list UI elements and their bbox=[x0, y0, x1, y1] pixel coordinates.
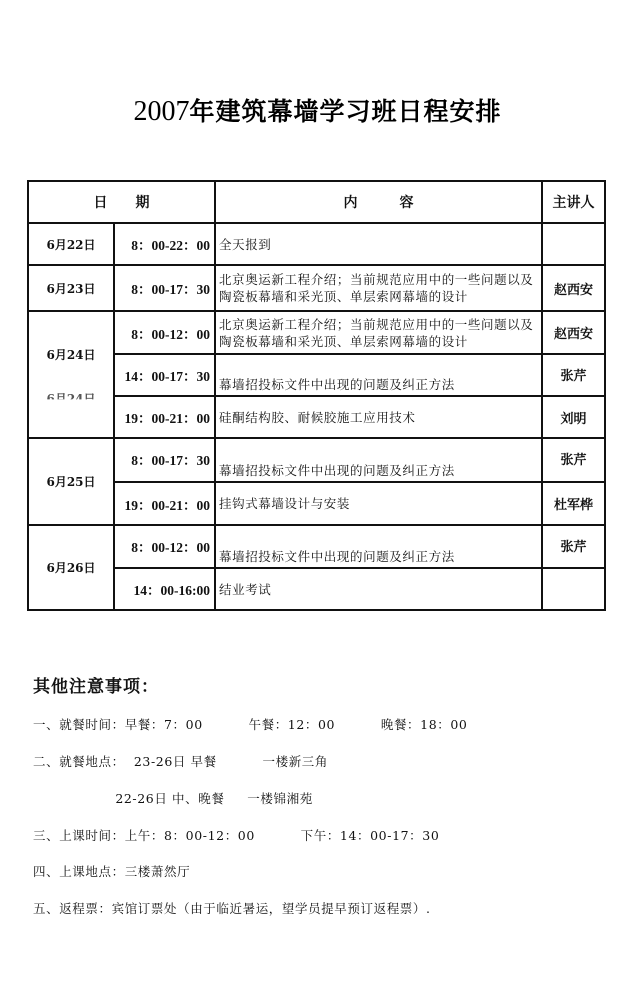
note-return-tickets: 五、返程票：宾馆订票处（由于临近暑运，望学员提早预订返程票）. bbox=[33, 899, 431, 917]
content-cell: 全天报到 bbox=[215, 223, 542, 265]
content-cell: 结业考试 bbox=[215, 568, 542, 610]
date-cell: 6月23日 bbox=[28, 265, 114, 311]
date-ghost-text: 6月24日 bbox=[29, 390, 113, 407]
time-cell: 8：00-17：30 bbox=[114, 438, 215, 482]
title-year: 2007 bbox=[133, 96, 189, 127]
date-cell: 6月25日 bbox=[28, 438, 114, 525]
speaker-cell: 赵西安 bbox=[542, 265, 605, 311]
speaker-cell bbox=[542, 568, 605, 610]
time-cell: 8：00-22：00 bbox=[114, 223, 215, 265]
table-header-row: 日 期 内 容 主讲人 bbox=[28, 181, 605, 223]
note-class-location: 四、上课地点：三楼萧然厅 bbox=[33, 862, 190, 880]
note-meal-times: 一、就餐时间：早餐：7：00 午餐：12：00 晚餐：18：00 bbox=[33, 715, 467, 733]
time-cell: 8：00-12：00 bbox=[114, 311, 215, 354]
speaker-cell: 赵西安 bbox=[542, 311, 605, 354]
table-row: 14：00-17：30 幕墙招投标文件中出现的问题及纠正方法 张芹 bbox=[28, 354, 605, 396]
content-cell: 北京奥运新工程介绍；当前规范应用中的一些问题以及陶瓷板幕墙和采光顶、单层索网幕墙… bbox=[215, 265, 542, 311]
page-title: 2007年建筑幕墙学习班日程安排 bbox=[0, 92, 635, 128]
schedule-table: 日 期 内 容 主讲人 6月22日 8：00-22：00 全天报到 6月23日 … bbox=[27, 180, 606, 611]
table-row: 6月23日 8：00-17：30 北京奥运新工程介绍；当前规范应用中的一些问题以… bbox=[28, 265, 605, 311]
time-cell: 19：00-21：00 bbox=[114, 482, 215, 525]
speaker-cell bbox=[542, 223, 605, 265]
time-cell: 19：00-21：00 bbox=[114, 396, 215, 438]
note-meal-location-breakfast: 二、就餐地点： 23-26日 早餐 一楼新三角 bbox=[33, 752, 328, 770]
time-cell: 8：00-12：00 bbox=[114, 525, 215, 568]
content-cell: 幕墙招投标文件中出现的问题及纠正方法 bbox=[215, 354, 542, 396]
table-row: 14：00-16:00 结业考试 bbox=[28, 568, 605, 610]
speaker-cell: 张芹 bbox=[542, 525, 605, 568]
date-cell: 6月26日 bbox=[28, 525, 114, 610]
table-row: 6月24日 6月24日 8：00-12：00 北京奥运新工程介绍；当前规范应用中… bbox=[28, 311, 605, 354]
speaker-cell: 张芹 bbox=[542, 438, 605, 482]
table-row: 19：00-21：00 挂钩式幕墙设计与安装 杜军桦 bbox=[28, 482, 605, 525]
content-cell: 北京奥运新工程介绍；当前规范应用中的一些问题以及陶瓷板幕墙和采光顶、单层索网幕墙… bbox=[215, 311, 542, 354]
speaker-cell: 张芹 bbox=[542, 354, 605, 396]
note-meal-location-lunch-dinner: 22-26日 中、晚餐 一楼锦湘苑 bbox=[33, 789, 313, 807]
notes-heading: 其他注意事项： bbox=[33, 672, 159, 697]
content-cell: 硅酮结构胶、耐候胶施工应用技术 bbox=[215, 396, 542, 438]
title-text: 年建筑幕墙学习班日程安排 bbox=[189, 97, 501, 126]
note-class-times: 三、上课时间：上午：8：00-12：00 下午：14：00-17：30 bbox=[33, 826, 439, 844]
time-cell: 14：00-16:00 bbox=[114, 568, 215, 610]
header-content: 内 容 bbox=[215, 181, 542, 223]
time-cell: 8：00-17：30 bbox=[114, 265, 215, 311]
header-speaker: 主讲人 bbox=[542, 181, 605, 223]
header-date: 日 期 bbox=[28, 181, 215, 223]
time-cell: 14：00-17：30 bbox=[114, 354, 215, 396]
date-cell: 6月22日 bbox=[28, 223, 114, 265]
table-row: 19：00-21：00 硅酮结构胶、耐候胶施工应用技术 刘明 bbox=[28, 396, 605, 438]
speaker-cell: 杜军桦 bbox=[542, 482, 605, 525]
table-row: 6月22日 8：00-22：00 全天报到 bbox=[28, 223, 605, 265]
content-cell: 挂钩式幕墙设计与安装 bbox=[215, 482, 542, 525]
content-cell: 幕墙招投标文件中出现的问题及纠正方法 bbox=[215, 525, 542, 568]
date-label: 6月24日 bbox=[29, 312, 113, 363]
date-cell: 6月24日 6月24日 bbox=[28, 311, 114, 438]
table-row: 6月25日 8：00-17：30 幕墙招投标文件中出现的问题及纠正方法 张芹 bbox=[28, 438, 605, 482]
content-cell: 幕墙招投标文件中出现的问题及纠正方法 bbox=[215, 438, 542, 482]
table-row: 6月26日 8：00-12：00 幕墙招投标文件中出现的问题及纠正方法 张芹 bbox=[28, 525, 605, 568]
speaker-cell: 刘明 bbox=[542, 396, 605, 438]
